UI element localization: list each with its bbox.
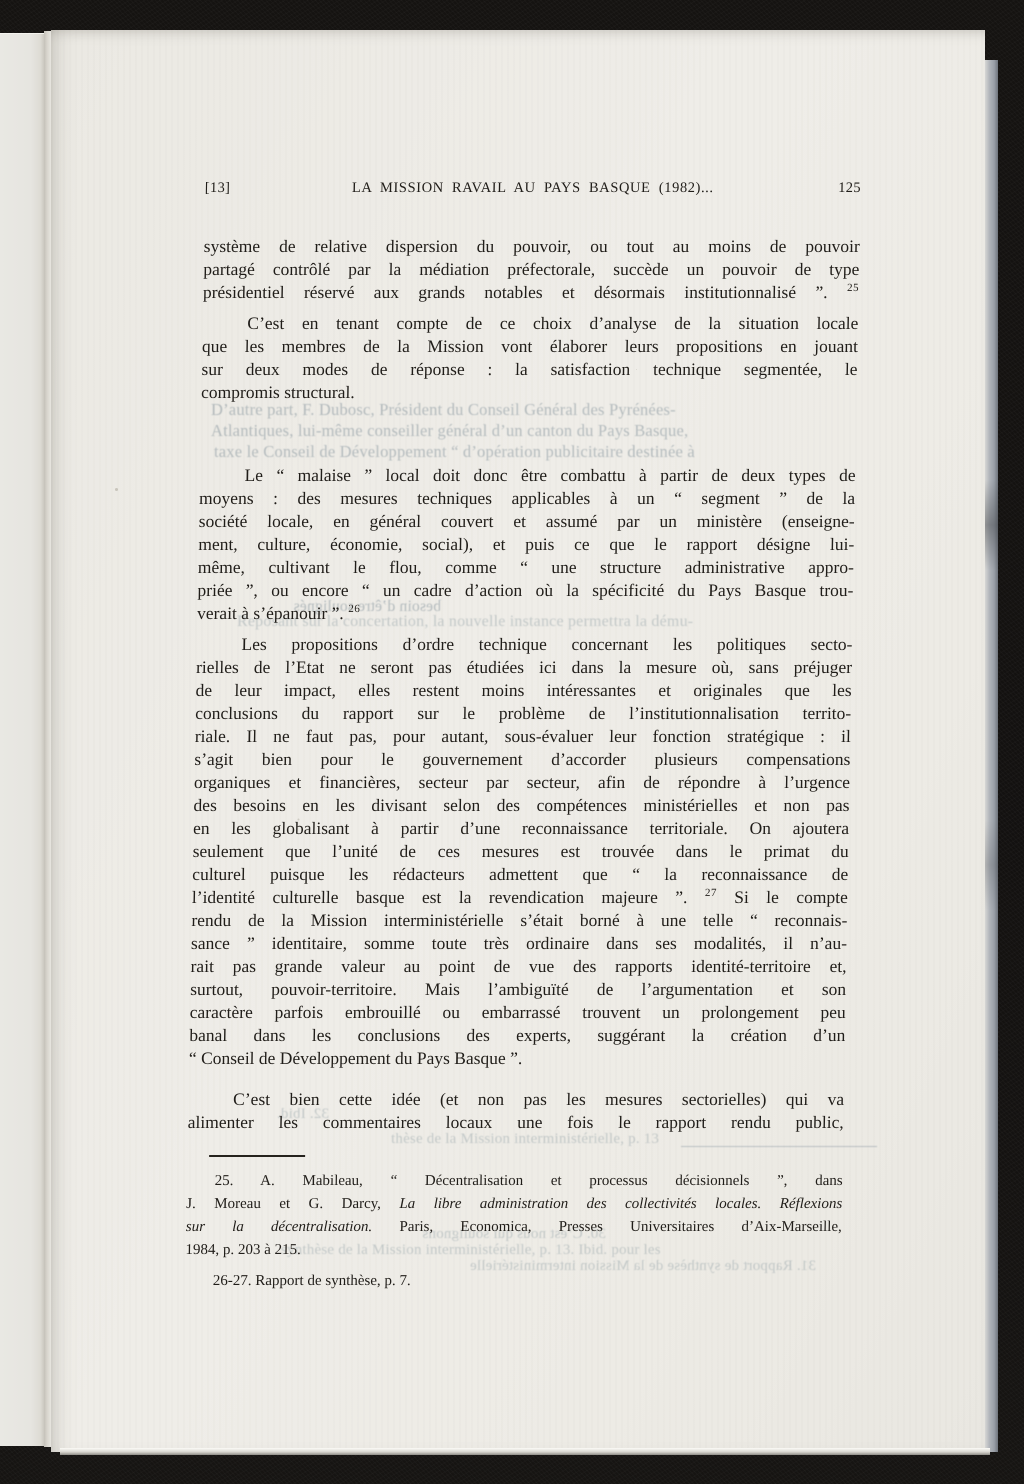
paragraph-line: moyens : des mesures techniques applicab… [199, 487, 855, 510]
paragraph-line: sur deux modes de réponse : la satisfact… [201, 358, 857, 381]
paragraph-text: culturel puisque les rédacteurs admetten… [192, 864, 848, 884]
footnote-text: 1984, p. 203 à 215. [185, 1242, 301, 1258]
paragraph-text: même, cultivant le flou, comme “ une str… [198, 557, 854, 577]
paragraph-line: l’identité culturelle basque est la reve… [192, 886, 848, 909]
paragraph-line: Le “ malaise ” local doit donc être comb… [199, 464, 855, 487]
paragraph-text: ment, culture, économie, social), et pui… [198, 534, 854, 554]
paragraph: Les propositions d’ordre technique conce… [189, 633, 853, 1070]
paragraph-line: sance ” identitaire, somme toute très or… [191, 932, 847, 955]
paragraph-line: rielles de l’Etat ne seront pas étudiées… [196, 656, 852, 679]
paragraph-line: banal dans les conclusions des experts, … [189, 1024, 845, 1047]
paragraph-line: riale. Il ne faut pas, pour autant, sous… [195, 725, 851, 748]
paragraph-text: partagé contrôlé par la médiation préfec… [203, 259, 859, 279]
footnote-reference: 26 [348, 603, 360, 615]
paragraph-text: l’identité culturelle basque est la reve… [192, 887, 705, 907]
paragraph-text: rait pas grande valeur au point de vue d… [190, 956, 846, 976]
paragraph-line: rendu de la Mission interministérielle s… [191, 909, 847, 932]
paragraph-text: C’est en tenant compte de ce choix d’ana… [247, 313, 858, 333]
paragraph-text: riale. Il ne faut pas, pour autant, sous… [195, 726, 851, 746]
paragraph-line: conclusions du rapport sur le problème d… [195, 702, 851, 725]
paragraph-line: “ Conseil de Développement du Pays Basqu… [189, 1047, 845, 1070]
page-header: [13] LA MISSION RAVAIL AU PAYS BASQUE (1… [205, 180, 861, 202]
paragraph-line: partagé contrôlé par la médiation préfec… [203, 258, 859, 281]
paragraph-text: rielles de l’Etat ne seront pas étudiées… [196, 657, 852, 677]
footnote-line: 26-27. Rapport de synthèse, p. 7. [185, 1270, 841, 1293]
paragraph-text: priée ”, ou encore “ un cadre d’action o… [197, 580, 853, 600]
paragraph-text: compromis structural. [201, 382, 355, 402]
paragraph-line: Les propositions d’ordre technique conce… [196, 633, 852, 656]
dust-speck [115, 488, 118, 491]
footnote-line: 1984, p. 203 à 215. [185, 1239, 841, 1262]
paragraph-line: surtout, pouvoir-territoire. Mais l’ambi… [190, 978, 846, 1001]
paragraph-text: sur deux modes de réponse : la satisfact… [201, 359, 857, 379]
page-edge-smudge [985, 820, 998, 910]
paragraph: C’est en tenant compte de ce choix d’ana… [201, 312, 859, 404]
footnote-reference: 27 [705, 887, 717, 899]
paragraph-text: système de relative dispersion du pouvoi… [204, 236, 860, 256]
footnote: 26-27. Rapport de synthèse, p. 7. [185, 1270, 841, 1293]
paragraph-line: C’est en tenant compte de ce choix d’ana… [202, 312, 858, 335]
footnote-text: La libre administration des collectivité… [399, 1196, 842, 1212]
footnote-line: sur la décentralisation. Paris, Economic… [186, 1216, 842, 1239]
footnote-line: J. Moreau et G. Darcy, La libre administ… [186, 1193, 842, 1216]
page-gutter-shadow [44, 31, 51, 1447]
paragraph-text: “ Conseil de Développement du Pays Basqu… [189, 1048, 523, 1068]
footnote-text: sur la décentralisation. [186, 1219, 373, 1235]
paragraph-line: organiques et financières, secteur par s… [194, 771, 850, 794]
paragraph-text: seulement que l’unité de ces mesures est… [193, 841, 849, 861]
paragraph-text: Si le compte [717, 887, 848, 907]
footnote-reference: 25 [847, 282, 859, 294]
page-bottom-edge [60, 1448, 990, 1455]
paragraph-text: sance ” identitaire, somme toute très or… [191, 933, 847, 953]
paragraph-line: que les membres de la Mission vont élabo… [202, 335, 858, 358]
paragraph-text: Les propositions d’ordre technique conce… [241, 634, 852, 654]
body-paragraphs: système de relative dispersion du pouvoi… [188, 235, 860, 1134]
page-stack-edge [985, 60, 998, 1452]
previous-page-edge [0, 33, 44, 1446]
paragraph-text: banal dans les conclusions des experts, … [189, 1025, 845, 1045]
paragraph-text: présidentiel réservé aux grands notables… [203, 282, 847, 302]
paragraph-line: caractère parfois embrouillé ou embarras… [190, 1001, 846, 1024]
paragraph-text: surtout, pouvoir-territoire. Mais l’ambi… [190, 979, 846, 999]
paragraph-line: des besoins en les divisant selon des co… [193, 794, 849, 817]
paragraph-text: que les membres de la Mission vont élabo… [202, 336, 858, 356]
footnotes: 25. A. Mabileau, “ Décentralisation et p… [185, 1170, 843, 1293]
paragraph-text: en les globalisant à partir d’une reconn… [193, 818, 849, 838]
paragraph-text: de leur impact, elles restent moins inté… [195, 680, 851, 700]
paragraph-text: société locale, en général couvert et as… [199, 511, 855, 531]
paragraph-text: organiques et financières, secteur par s… [194, 772, 850, 792]
paragraph-line: seulement que l’unité de ces mesures est… [192, 840, 848, 863]
scanned-book-photo: D’autre part, F. Dubosc, Président du Co… [0, 0, 1024, 1484]
paragraph-text: s’agit bien pour le gouvernement d’accor… [194, 749, 850, 769]
paragraph: C’est bien cette idée (et non pas les me… [188, 1088, 845, 1134]
footnote: 25. A. Mabileau, “ Décentralisation et p… [185, 1170, 843, 1262]
paragraph-line: C’est bien cette idée (et non pas les me… [188, 1088, 844, 1111]
paragraph: Le “ malaise ” local doit donc être comb… [197, 464, 856, 625]
paragraph-line: rait pas grande valeur au point de vue d… [190, 955, 846, 978]
footnote-text: Paris, Economica, Presses Universitaires… [372, 1219, 842, 1235]
paragraph-line: en les globalisant à partir d’une reconn… [193, 817, 849, 840]
paragraph-line: société locale, en général couvert et as… [199, 510, 855, 533]
paragraph: système de relative dispersion du pouvoi… [203, 235, 860, 304]
paragraph-text: Le “ malaise ” local doit donc être comb… [244, 465, 855, 485]
paragraph-line: présidentiel réservé aux grands notables… [203, 281, 859, 304]
paragraph-text: caractère parfois embrouillé ou embarras… [190, 1002, 846, 1022]
paragraph-line: ment, culture, économie, social), et pui… [198, 533, 854, 556]
paragraph-line: alimenter les commentaires locaux une fo… [188, 1111, 844, 1134]
paragraph-line: priée ”, ou encore “ un cadre d’action o… [197, 579, 853, 602]
footnote-text: 26-27. Rapport de synthèse, p. 7. [213, 1273, 411, 1289]
paragraph-text: C’est bien cette idée (et non pas les me… [233, 1089, 844, 1109]
page-number: 125 [838, 180, 861, 197]
paragraph-line: compromis structural. [201, 381, 857, 404]
paragraph-text: alimenter les commentaires locaux une fo… [188, 1112, 844, 1132]
paragraph-line: s’agit bien pour le gouvernement d’accor… [194, 748, 850, 771]
paragraph-text: verait à s’épanouir ”. [197, 603, 348, 623]
running-title: LA MISSION RAVAIL AU PAYS BASQUE (1982).… [205, 180, 861, 197]
paragraph-text: des besoins en les divisant selon des co… [193, 795, 849, 815]
footnote-rule [209, 1155, 305, 1157]
paragraph-line: de leur impact, elles restent moins inté… [195, 679, 851, 702]
paragraph-line: système de relative dispersion du pouvoi… [204, 235, 860, 258]
paragraph-line: verait à s’épanouir ”. 26 [197, 602, 853, 625]
footnote-text: 25. A. Mabileau, “ Décentralisation et p… [215, 1173, 843, 1189]
text-block: [13] LA MISSION RAVAIL AU PAYS BASQUE (1… [185, 180, 861, 1293]
book-page: D’autre part, F. Dubosc, Président du Co… [51, 30, 985, 1452]
page-edge-smudge [985, 480, 998, 570]
paragraph-line: culturel puisque les rédacteurs admetten… [192, 863, 848, 886]
footnote-line: 25. A. Mabileau, “ Décentralisation et p… [186, 1170, 842, 1193]
paragraph-text: rendu de la Mission interministérielle s… [191, 910, 847, 930]
paragraph-text: conclusions du rapport sur le problème d… [195, 703, 851, 723]
footnote-text: J. Moreau et G. Darcy, [186, 1196, 399, 1212]
paragraph-line: même, cultivant le flou, comme “ une str… [198, 556, 854, 579]
paragraph-text: moyens : des mesures techniques applicab… [199, 488, 855, 508]
